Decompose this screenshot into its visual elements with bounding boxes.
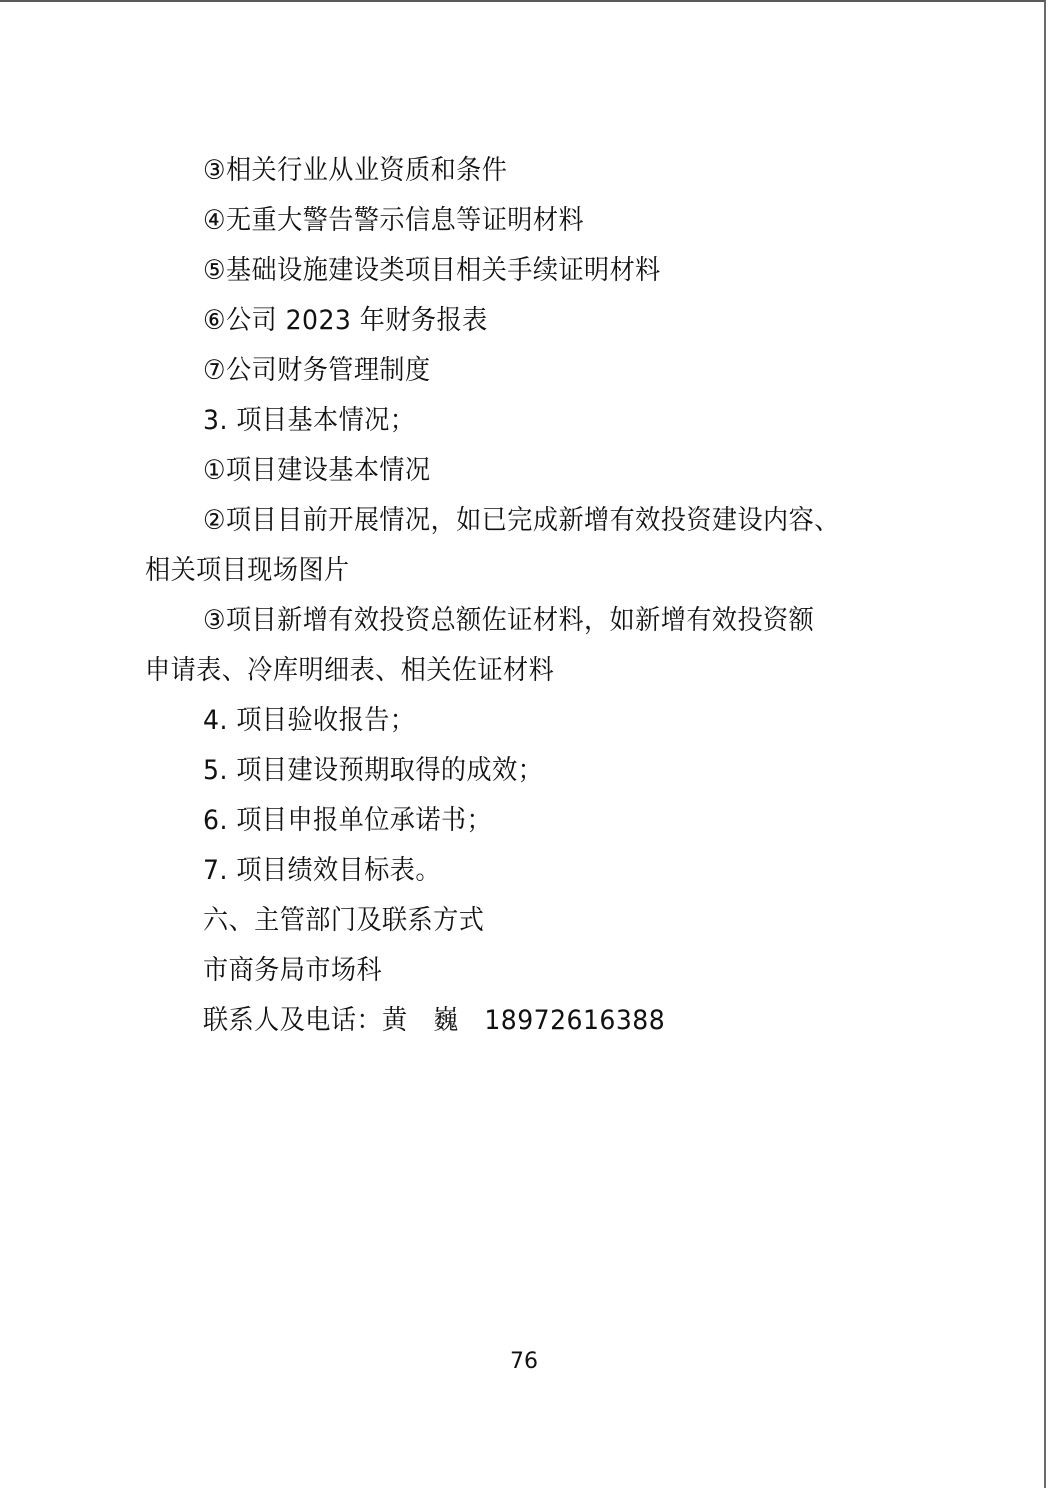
text-line-department: 市商务局市场科 — [203, 954, 382, 988]
text-line-section-6: 6. 项目申报单位承诺书； — [203, 804, 492, 838]
text-line-project-progress-cont: 相关项目现场图片 — [145, 554, 350, 588]
text-line-section-5: 5. 项目建设预期取得的成效； — [203, 754, 543, 788]
text-line-investment-proof: ③项目新增有效投资总额佐证材料，如新增有效投资额 — [203, 604, 814, 638]
text-line-contact-person: 联系人及电话：黄 巍 18972616388 — [203, 1004, 665, 1038]
section-heading-contact: 六、主管部门及联系方式 — [203, 904, 484, 938]
text-line-no-warning-proof: ④无重大警告警示信息等证明材料 — [203, 204, 584, 238]
text-line-infrastructure-proof: ⑤基础设施建设类项目相关手续证明材料 — [203, 254, 661, 288]
text-line-project-basics: ①项目建设基本情况 — [203, 454, 431, 488]
text-line-section-4: 4. 项目验收报告； — [203, 704, 415, 738]
text-line-investment-proof-cont: 申请表、冷库明细表、相关佐证材料 — [145, 654, 554, 688]
text-line-financial-policy: ⑦公司财务管理制度 — [203, 354, 431, 388]
page-number: 76 — [0, 1348, 1048, 1376]
text-line-financial-statements: ⑥公司 2023 年财务报表 — [203, 304, 488, 338]
text-line-section-7: 7. 项目绩效目标表。 — [203, 854, 441, 888]
text-line-project-progress: ②项目目前开展情况，如已完成新增有效投资建设内容、 — [203, 504, 840, 538]
text-line-qualification: ③相关行业从业资质和条件 — [203, 154, 507, 188]
text-line-section-3: 3. 项目基本情况； — [203, 404, 415, 438]
